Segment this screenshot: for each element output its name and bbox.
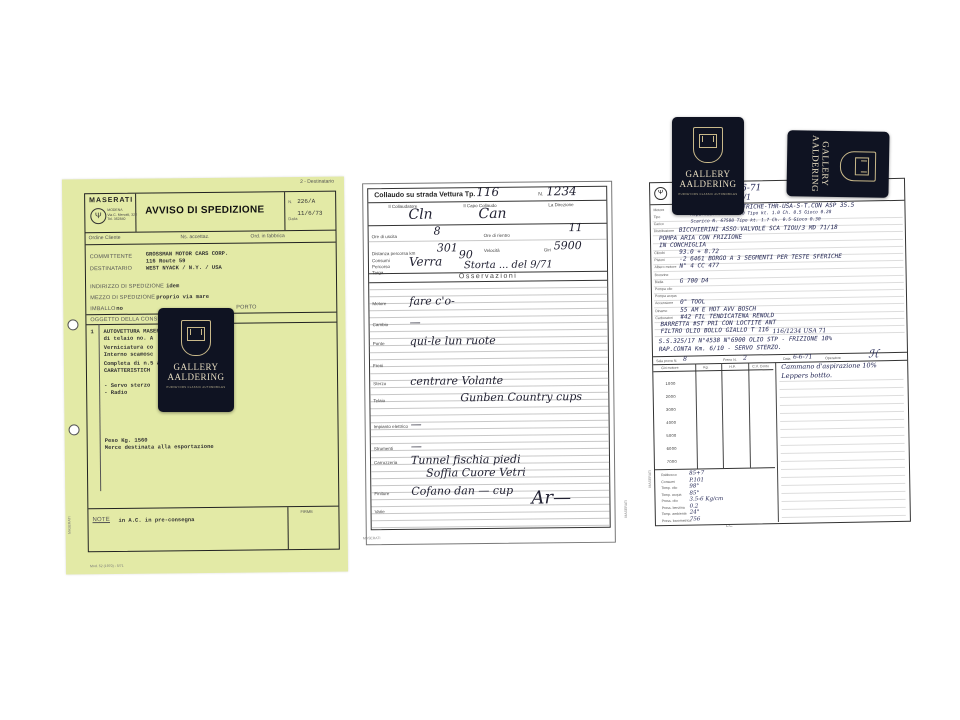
measurement-label: Press. benzina xyxy=(662,505,685,509)
rule xyxy=(369,294,607,297)
divider xyxy=(655,467,775,470)
gallery-name-line: GALLERY xyxy=(174,362,219,372)
acceptance-label: Ns. accettaz. xyxy=(181,234,210,240)
rpm-value: 7000 xyxy=(667,459,677,464)
side-mark: MASERATI xyxy=(648,470,652,488)
gallery-card-rotated: GALLERYAALDERING xyxy=(786,130,889,198)
measurement-value: 3.5-6 Kg/cm xyxy=(689,496,723,503)
observation-label: Impianto elettrico xyxy=(374,424,408,429)
rpm-value: 3000 xyxy=(666,407,676,412)
spec-label: Biella xyxy=(655,280,664,284)
rpm-label: Giri xyxy=(544,247,551,252)
rule xyxy=(780,403,904,406)
rule xyxy=(369,287,607,290)
return-time: 11 xyxy=(569,221,583,234)
room-label: Sala prova N. xyxy=(656,359,677,363)
recipient-line: GROSSMAN MOTOR CARS CORP. xyxy=(146,250,229,258)
signature-box: FIRME xyxy=(287,507,338,550)
observation-value: Tunnel fischia piedi xyxy=(411,453,521,467)
rule xyxy=(369,301,607,304)
document-title: AVVISO DI SPEDIZIONE xyxy=(145,204,264,216)
remark-line: Cammano d'aspirazione 10% xyxy=(781,361,877,371)
remark-line: Leppers bottto. xyxy=(781,371,832,380)
spec-label: Cilindri xyxy=(654,251,665,255)
rule xyxy=(781,451,905,454)
gallery-tagline: PURVEYORS CLASSIC AUTOMOBILES xyxy=(158,386,234,390)
rule xyxy=(371,504,609,507)
speed-label: Velocità xyxy=(484,248,500,253)
number-label: N. xyxy=(288,199,292,204)
order-row: Ordine Cliente Ns. accettaz. Ord. in fab… xyxy=(85,230,335,246)
item-index: 1 xyxy=(90,328,93,335)
item-line: Interno scamosc xyxy=(104,351,154,359)
measurement-label: Temp. acqua xyxy=(661,492,681,496)
annotation-top: 116/1234 USA 71 xyxy=(773,327,827,335)
rpm-value: 1000 xyxy=(665,381,675,386)
rule xyxy=(780,427,904,430)
gallery-name: GALLERYAALDERING xyxy=(158,362,234,382)
rule xyxy=(370,406,608,409)
rule xyxy=(782,515,906,518)
rpm-value: 6000 xyxy=(667,446,677,451)
inspector-signature: Ar— xyxy=(531,487,571,508)
export-line: Merce destinata alla esportazione xyxy=(105,443,214,451)
rpm: 5900 xyxy=(554,239,582,252)
rule xyxy=(781,467,905,470)
table-col-label: Kg. xyxy=(703,365,708,369)
rule xyxy=(782,507,906,510)
observation-label: Varie xyxy=(375,509,385,514)
return-time-label: Ore di rientro xyxy=(484,233,510,238)
spec-label: Carico xyxy=(654,222,664,226)
date-label: Data xyxy=(288,216,297,221)
item-line: di telaio no. A xyxy=(104,335,154,343)
rule xyxy=(781,443,905,446)
observation-label: Motore xyxy=(372,301,386,306)
note-label: NOTE xyxy=(92,517,110,523)
measurement-label: Temp. ambiente xyxy=(662,512,687,516)
exit-time-label: Ore di uscita xyxy=(372,234,397,239)
gallery-name-line: GALLERY xyxy=(686,169,731,179)
shipping-method-label: MEZZO DI SPEDIZIONE xyxy=(90,295,155,302)
rule xyxy=(371,420,609,423)
measurement-label: Press. barometrica xyxy=(662,518,691,523)
rule xyxy=(781,475,905,478)
observation-value: — xyxy=(411,440,422,453)
rule xyxy=(372,525,610,528)
brand-address: MODENA Via C. Menotti, 322 Tel. 362840 xyxy=(107,208,137,222)
observation-label: Carrozzeria xyxy=(374,460,397,465)
document-title: Collaudo su strada Vettura Tp. xyxy=(374,191,475,199)
spec-label: Pompa olio xyxy=(655,287,673,291)
spec-label: Bronzine xyxy=(655,273,669,277)
operator-label: Operatore xyxy=(825,356,841,360)
gallery-name-line: AALDERING xyxy=(168,372,225,382)
spec-label: Albero motore xyxy=(654,265,676,269)
document-number: 226/A xyxy=(297,198,315,205)
spec-value: N° 4 CC 477 xyxy=(679,262,719,270)
route-label: Percorso xyxy=(372,264,390,269)
road-test-document: Collaudo su strada Vettura Tp. 116 N. 12… xyxy=(362,181,616,546)
gallery-card: GALLERYAALDERING PURVEYORS CLASSIC AUTOM… xyxy=(672,117,744,215)
measurement-label: Consumi xyxy=(661,479,675,483)
side-mark: MASERATI xyxy=(624,500,628,518)
crest-icon xyxy=(693,127,723,163)
gallery-tagline: PURVEYORS CLASSIC AUTOMOBILES xyxy=(672,193,744,197)
column-line xyxy=(721,363,724,468)
spec-value: Scarico N. 67500 Tipo kt. 1.7 Ch. 0.5 Gi… xyxy=(691,217,821,224)
rule xyxy=(371,448,609,451)
rule xyxy=(781,483,905,486)
observation-value: — xyxy=(411,418,422,431)
table-col-label: Giri motore xyxy=(661,366,678,370)
recipient-line: WEST NYACK / N.Y. / USA xyxy=(146,264,222,272)
rule xyxy=(371,413,609,416)
rule xyxy=(780,387,904,390)
gallery-card: GALLERYAALDERING PURVEYORS CLASSIC AUTOM… xyxy=(158,308,234,412)
shipping-address-value: idem xyxy=(166,282,179,289)
room-value: 8 xyxy=(683,356,687,363)
plate: Storta ... del 9/71 xyxy=(464,259,553,271)
brake-value: 2 xyxy=(743,355,747,362)
porto-label: PORTO xyxy=(236,304,256,310)
observation-label: Ponte xyxy=(373,341,385,346)
engine-line: TRICHE-THR-USA-S-T.CON ASP 35.5 xyxy=(742,202,854,211)
spec-label: Dinamo xyxy=(655,309,667,313)
form-header: MASERATI Ψ MODENA Via C. Menotti, 322 Te… xyxy=(85,192,335,234)
gallery-name-line: AALDERING xyxy=(680,179,737,189)
direction-label: La Direzione xyxy=(548,202,573,207)
rule xyxy=(370,322,608,325)
distance: 301 xyxy=(437,241,458,254)
rule xyxy=(780,435,904,438)
brand-name: MASERATI xyxy=(89,197,133,204)
observation-value: qui-le lun ruote xyxy=(410,334,496,348)
committente-label: COMMITTENTE xyxy=(90,254,133,260)
gallery-name-rotated: GALLERYAALDERING xyxy=(810,135,831,192)
order-client-label: Ordine Cliente xyxy=(89,235,121,241)
item-line: CARATTERISTICH xyxy=(104,367,150,374)
rule xyxy=(780,395,904,398)
measurement-label: Temp. olio xyxy=(661,486,677,490)
observation-value: — xyxy=(410,316,421,329)
observation-label: Sterzo xyxy=(373,381,386,386)
rule xyxy=(371,497,609,500)
copy-tag: 2 - Destinatario xyxy=(300,179,334,185)
rule xyxy=(780,419,904,422)
rule xyxy=(781,459,905,462)
spec-value: G 700 D4 xyxy=(680,277,709,285)
form-frame: Collaudo su strada Vettura Tp. 116 N. 12… xyxy=(367,186,611,530)
observation-label: Finiture xyxy=(374,491,389,496)
date-label: Data xyxy=(783,357,790,361)
column-line xyxy=(775,362,779,522)
packing-label: IMBALLO xyxy=(90,306,115,312)
spec-label: Pompa acqua xyxy=(655,294,677,298)
document-number: 1234 xyxy=(546,184,577,198)
spec-label: Pistoni xyxy=(654,258,665,262)
crest-icon xyxy=(840,151,877,182)
brake-label: Freno N. xyxy=(723,358,737,362)
table-col-label: C.V. Conto xyxy=(752,364,769,368)
route: Verra xyxy=(409,254,442,268)
observation-value: fare c'o- xyxy=(409,294,455,307)
number-box: N. 226/A Data 11/6/73 xyxy=(284,192,335,231)
item-line: - Radio xyxy=(104,389,127,396)
number-label: N. xyxy=(538,191,543,197)
gallery-name: GALLERYAALDERING xyxy=(672,169,744,189)
shipping-method-value: proprio via mare xyxy=(156,293,209,301)
date-value: 6-6-71 xyxy=(793,353,812,360)
rule xyxy=(370,350,608,353)
chief-signature: Can xyxy=(478,206,506,222)
punch-hole xyxy=(69,424,80,435)
measurement-value: 98° xyxy=(689,483,699,489)
vehicle-type: 116 xyxy=(476,185,499,199)
rpm-value: 5000 xyxy=(666,433,676,438)
rule xyxy=(371,441,609,444)
rpm-value: 2000 xyxy=(666,394,676,399)
gallery-name-line: GALLERY xyxy=(820,141,831,186)
observation-value: Gunben Country cups xyxy=(460,390,582,404)
rule xyxy=(654,289,904,294)
column-line xyxy=(695,363,698,468)
spec-label: Tipo xyxy=(654,215,661,219)
note-value: in A.C. in pre-consegna xyxy=(118,516,194,524)
engine-test-document: Ψ -6-71 3/1 Motore TRICHE-THR-USA-S-T.CO… xyxy=(647,176,913,532)
annotation-line: RAP.CONTA Km. 6/10 - SERVO STERZO. xyxy=(659,344,782,353)
rpm-value: 4000 xyxy=(666,420,676,425)
form-frame: Ψ -6-71 3/1 Motore TRICHE-THR-USA-S-T.CO… xyxy=(649,178,911,526)
punch-hole xyxy=(67,319,78,330)
gallery-name-line: AALDERING xyxy=(810,135,821,192)
observation-value: centrare Volante xyxy=(410,374,503,388)
gallery-name: GALLERYAALDERING xyxy=(810,135,831,192)
measurement-value: 24° xyxy=(690,509,700,515)
tester-signature: Cln xyxy=(408,207,432,223)
observation-value: Cofano dan — cup xyxy=(411,484,513,498)
observation-value: Soffia Cuore Vetri xyxy=(426,466,526,480)
exit-time: 8 xyxy=(434,224,441,237)
observation-label: Telaio xyxy=(373,398,385,403)
column-line xyxy=(98,324,101,491)
rule xyxy=(372,511,610,514)
rule xyxy=(369,308,607,311)
engine-label: Motore xyxy=(653,208,664,212)
observation-label: Freni xyxy=(373,363,383,368)
side-mark: MASERATI xyxy=(363,536,381,540)
rule xyxy=(782,499,906,502)
observation-label: Strumenti xyxy=(374,446,393,451)
measurement-value: 85° xyxy=(689,490,699,496)
rule xyxy=(370,364,608,367)
spec-label: Accensione xyxy=(655,301,673,305)
rule xyxy=(371,434,609,437)
packing-value: no xyxy=(116,305,123,312)
spec-label: Distribuzione xyxy=(654,229,674,233)
measurement-label: Press. olio xyxy=(662,499,678,503)
factory-order-label: Ord. in fabbrica xyxy=(251,233,285,239)
measurement-label: Rabbocco xyxy=(661,473,677,477)
rule xyxy=(780,411,904,414)
maserati-logo-box: MASERATI Ψ MODENA Via C. Menotti, 322 Te… xyxy=(85,194,136,233)
form-footer: Mod. 52 (1970) - 5/71 xyxy=(90,564,124,568)
rule xyxy=(372,518,610,521)
observation-label: Cambio xyxy=(373,322,389,327)
measurement-value: 0.2 xyxy=(690,503,699,509)
signature-label: FIRME xyxy=(300,509,313,514)
rule xyxy=(370,315,608,318)
trident-icon: Ψ xyxy=(654,187,667,200)
column-line xyxy=(748,363,751,468)
operator-signature: ℋ xyxy=(868,347,879,360)
table-col-label: H.P. xyxy=(729,365,735,369)
document-date: 11/6/73 xyxy=(297,210,322,217)
cc-label: C.C. xyxy=(726,524,733,528)
destinatario-label: DESTINATARIO xyxy=(90,266,132,272)
side-mark: MASERATI xyxy=(67,517,71,535)
rule xyxy=(781,491,905,494)
crest-icon xyxy=(181,320,211,356)
measurement-value: P.101 xyxy=(689,477,704,483)
measurement-value: 85+7 xyxy=(689,470,704,476)
trident-icon: Ψ xyxy=(90,208,106,224)
shipping-address-label: INDIRIZZO DI SPEDIZIONE xyxy=(90,283,164,290)
rule xyxy=(370,329,608,332)
spec-label: Carburatori xyxy=(655,316,673,320)
consumption-label: Consumi xyxy=(372,258,390,263)
rule xyxy=(370,357,608,360)
measurement-value: 756 xyxy=(690,516,701,522)
